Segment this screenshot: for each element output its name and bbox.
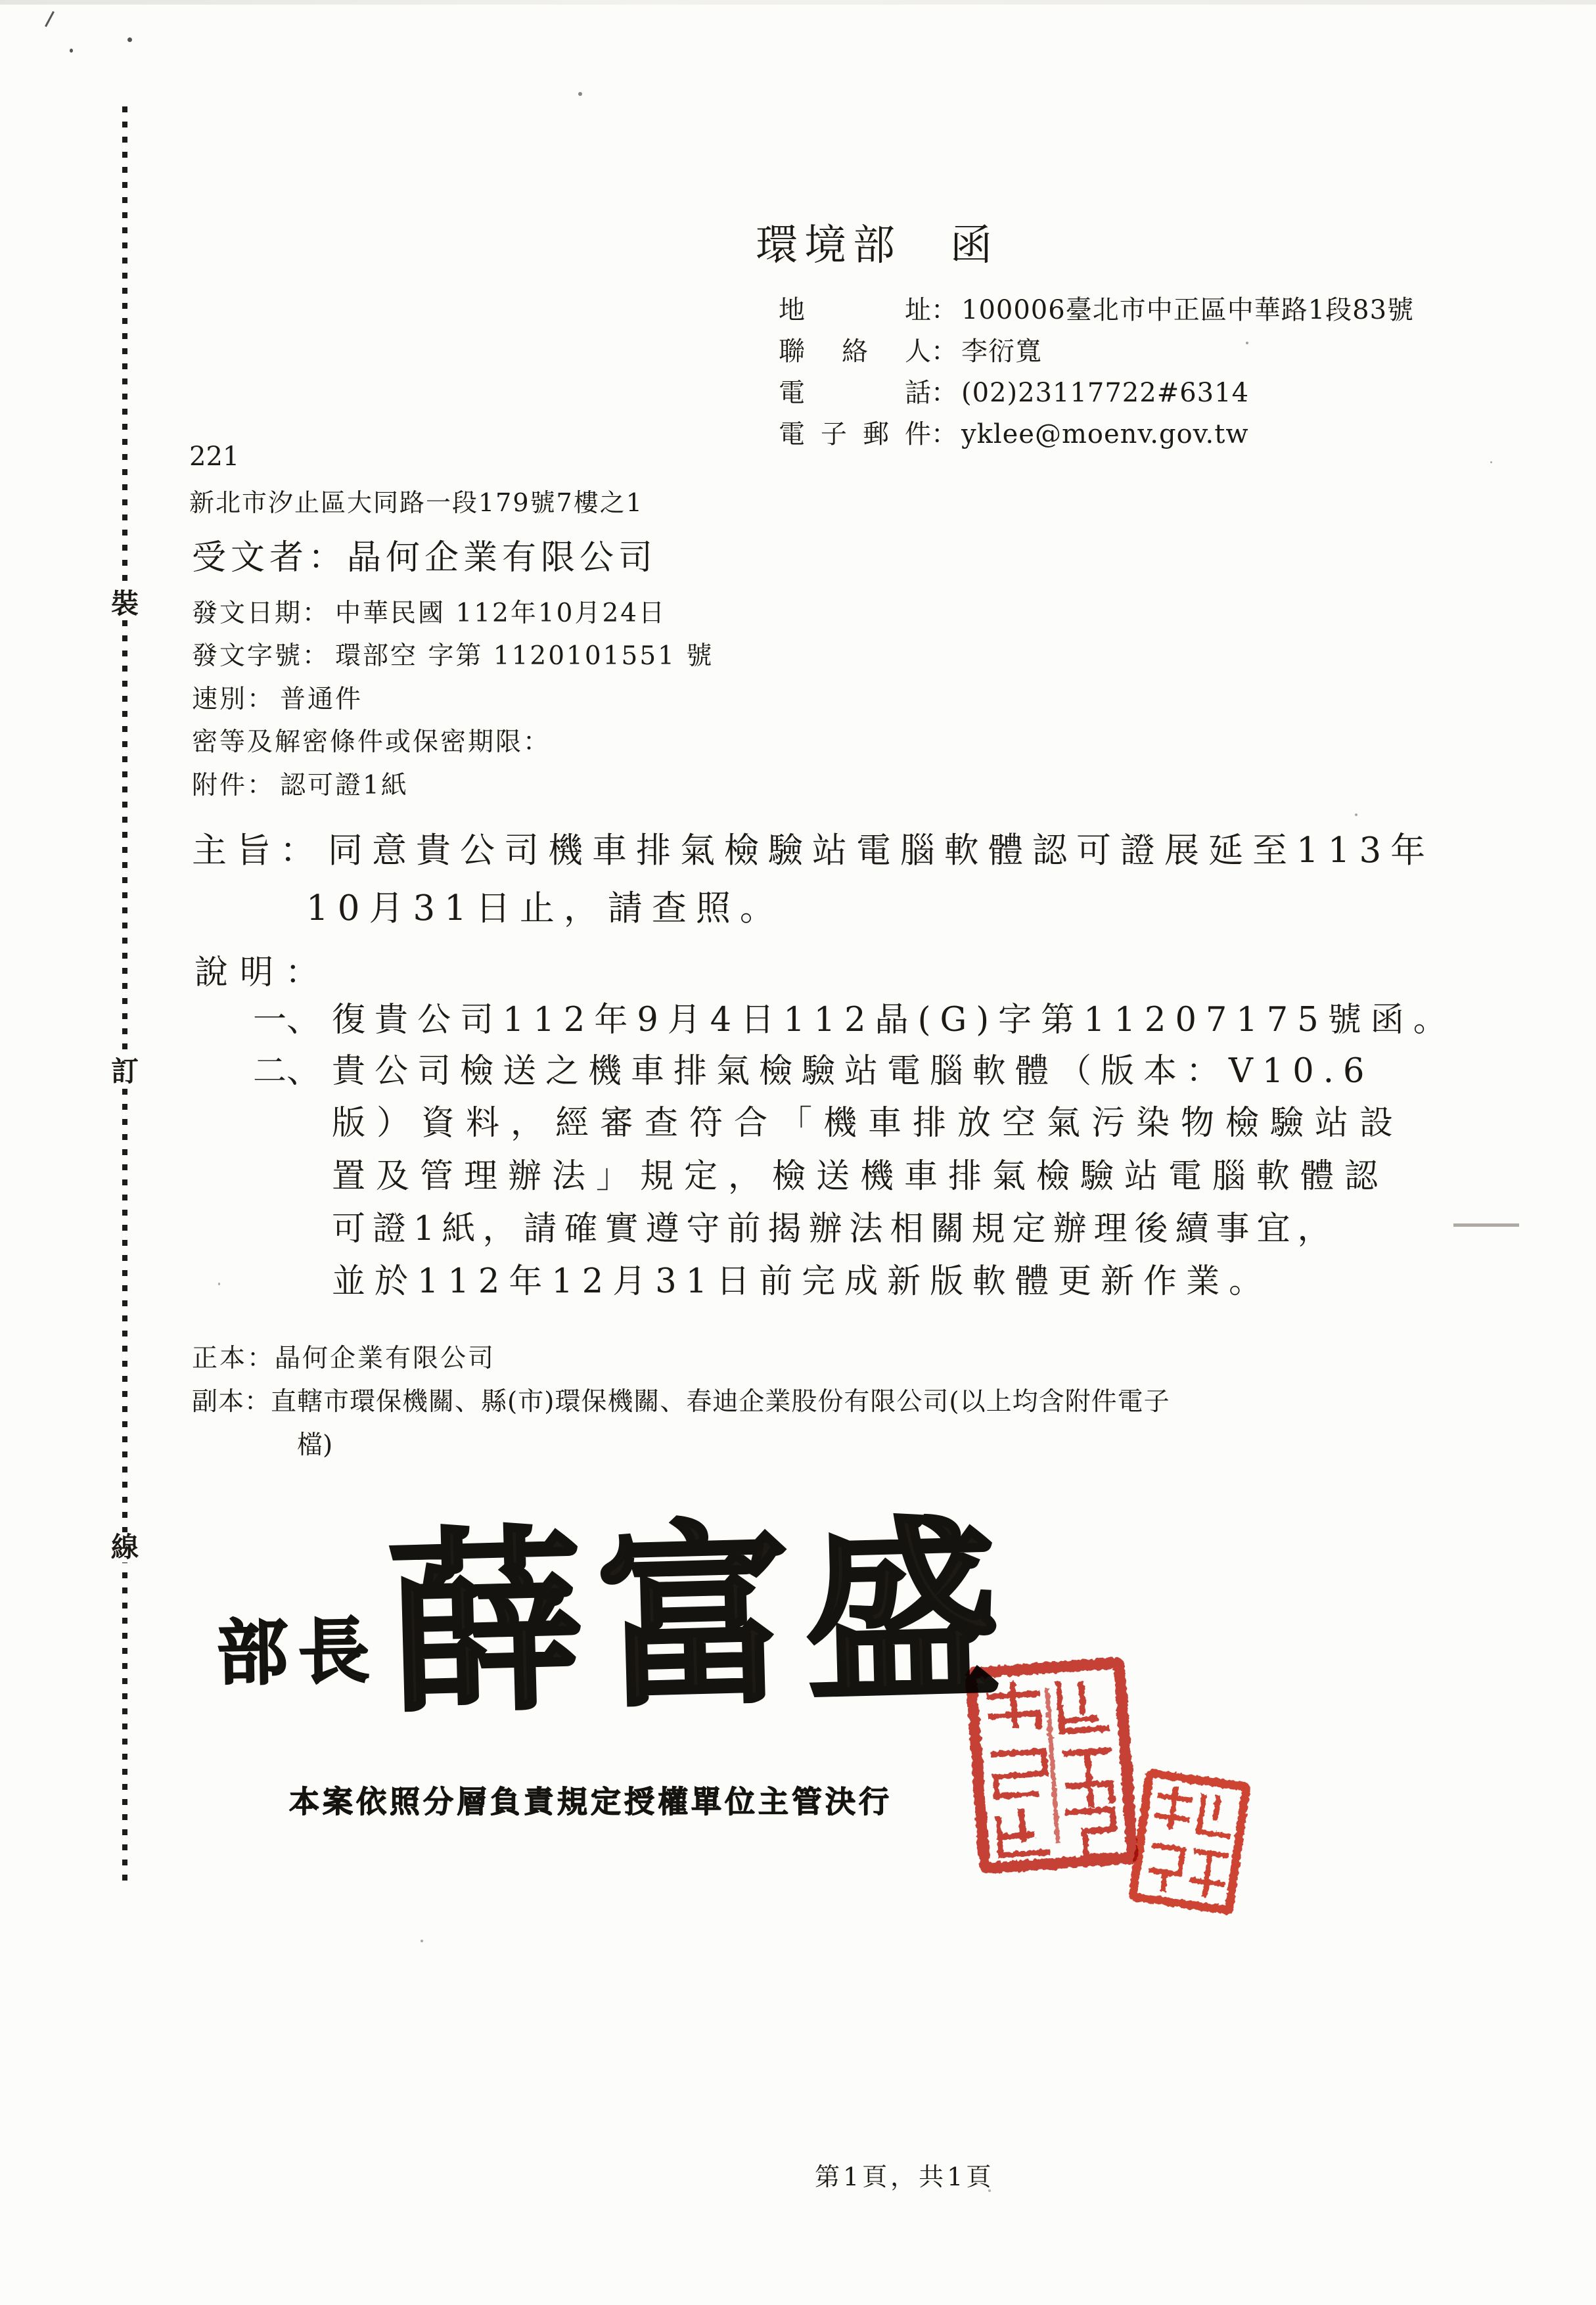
red-seal-small — [1126, 1768, 1252, 1919]
explanation-item-2-cont-1: 版）資料，經審查符合「機車排放空氣污染物檢驗站設 — [332, 1095, 1404, 1144]
doc-number-label: 發文字號： — [192, 641, 330, 671]
signature-name-calligraphy: 薛富盛 — [386, 1503, 1016, 1733]
explanation-item-1-text: 復貴公司112年9月4日112晶(G)字第11207175號函。 — [332, 1001, 1456, 1039]
colon: ： — [931, 372, 957, 409]
doc-date-value: 中華民國 112年10月24日 — [335, 599, 666, 628]
document-title: 環境部 函 — [756, 212, 999, 272]
signature-title: 部長 — [216, 1594, 381, 1699]
scan-speck — [1246, 342, 1248, 344]
scan-edge-artifact — [0, 0, 1596, 5]
sender-address-label: 地址 — [779, 289, 931, 327]
sender-address-value: 100006臺北市中正區中華路1段83號 — [961, 295, 1414, 325]
explanation-item-1-number: 一、 — [253, 992, 332, 1041]
sender-email-row: 電子郵件：yklee@moenv.gov.tw — [779, 413, 1249, 451]
explanation-item-1: 一、復貴公司112年9月4日112晶(G)字第11207175號函。 — [253, 992, 1456, 1041]
colon: ： — [931, 289, 957, 327]
scan-speck — [421, 1940, 423, 1942]
scan-speck — [578, 92, 582, 96]
explanation-item-2-cont-3: 可證1紙，請確實遵守前揭辦法相關規定辦理後續事宜， — [332, 1201, 1338, 1250]
doc-speed-row: 速別：普通件 — [192, 679, 363, 716]
subject-line-2: 10月31日止，請查照。 — [306, 880, 784, 930]
doc-attachment-row: 附件：認可證1紙 — [192, 765, 409, 802]
sender-phone-row: 電話：(02)23117722#6314 — [779, 372, 1249, 409]
doc-security-label: 密等及解密條件或保密期限： — [192, 727, 551, 757]
recipient-postal-code: 221 — [189, 442, 239, 472]
doc-number-value: 環部空 字第 1120101551 號 — [335, 641, 714, 671]
explanation-item-2-cont-2: 置及管理辦法」規定，檢送機車排氣檢驗站電腦軟體認 — [332, 1149, 1388, 1197]
sender-contact-person-value: 李衍寬 — [961, 336, 1042, 367]
scan-speck — [218, 1283, 220, 1285]
doc-attachment-value: 認可證1紙 — [280, 771, 409, 800]
doc-security-row: 密等及解密條件或保密期限： — [192, 721, 556, 758]
doc-number-row: 發文字號：環部空 字第 1120101551 號 — [192, 635, 714, 672]
copies-cc-line-2: 檔) — [297, 1425, 332, 1461]
binding-mark-ding: 訂 — [104, 1057, 146, 1087]
explanation-item-2-text: 貴公司檢送之機車排氣檢驗站電腦軟體（版本：V10.6 — [332, 1052, 1373, 1091]
subject-label: 主旨： — [192, 831, 324, 871]
recipient-line: 受文者：晶何企業有限公司 — [192, 530, 657, 579]
sender-email-value: yklee@moenv.gov.tw — [961, 419, 1249, 449]
explanation-label: 說明： — [194, 945, 331, 993]
page-footer: 第1頁，共1頁 — [815, 2157, 994, 2193]
recipient-address: 新北市汐止區大同路一段179號7樓之1 — [189, 482, 643, 518]
explanation-item-2-number: 二、 — [253, 1043, 332, 1092]
binding-mark-zhuang: 裝 — [104, 589, 146, 619]
doc-speed-label: 速別： — [192, 685, 275, 714]
scan-speck — [1490, 461, 1492, 463]
binding-dotted-line — [122, 106, 127, 1888]
scan-speck — [70, 49, 73, 53]
explanation-item-2-cont-4: 並於112年12月31日前完成新版軟體更新作業。 — [332, 1254, 1271, 1302]
doc-date-label: 發文日期： — [192, 599, 330, 628]
colon: ： — [931, 413, 957, 451]
sender-email-label: 電子郵件 — [779, 413, 931, 451]
copies-original-line: 正本：晶何企業有限公司 — [192, 1338, 495, 1375]
sender-contact-person-label: 聯絡人 — [779, 331, 931, 368]
colon: ： — [931, 331, 957, 368]
doc-attachment-label: 附件： — [192, 771, 275, 800]
sender-address-row: 地址：100006臺北市中正區中華路1段83號 — [779, 289, 1414, 327]
binding-mark-xian: 線 — [104, 1532, 146, 1563]
sender-phone-value: (02)23117722#6314 — [961, 378, 1249, 408]
signature-delegation-note: 本案依照分層負責規定授權單位主管決行 — [289, 1778, 892, 1821]
pen-mark-artifact — [45, 11, 55, 27]
subject-line-1: 主旨：同意貴公司機車排氣檢驗站電腦軟體認可證展延至113年 — [192, 823, 1434, 873]
scan-speck — [127, 37, 132, 42]
scan-dash-artifact — [1453, 1223, 1519, 1227]
sender-contact-person-row: 聯絡人：李衍寬 — [779, 331, 1042, 368]
document-page: 裝 訂 線 環境部 函 地址：100006臺北市中正區中華路1段83號 聯絡人：… — [0, 0, 1596, 2305]
red-seal-large — [964, 1656, 1141, 1880]
scan-speck — [1355, 813, 1357, 816]
subject-text: 同意貴公司機車排氣檢驗站電腦軟體認可證展延至113年 — [328, 831, 1434, 871]
explanation-item-2: 二、貴公司檢送之機車排氣檢驗站電腦軟體（版本：V10.6 — [253, 1043, 1373, 1092]
sender-phone-label: 電話 — [779, 372, 931, 409]
copies-cc-line-1: 副本：直轄市環保機關、縣(市)環保機關、春迪企業股份有限公司(以上均含附件電子 — [192, 1381, 1170, 1418]
doc-speed-value: 普通件 — [280, 685, 363, 714]
doc-date-row: 發文日期：中華民國 112年10月24日 — [192, 593, 666, 629]
